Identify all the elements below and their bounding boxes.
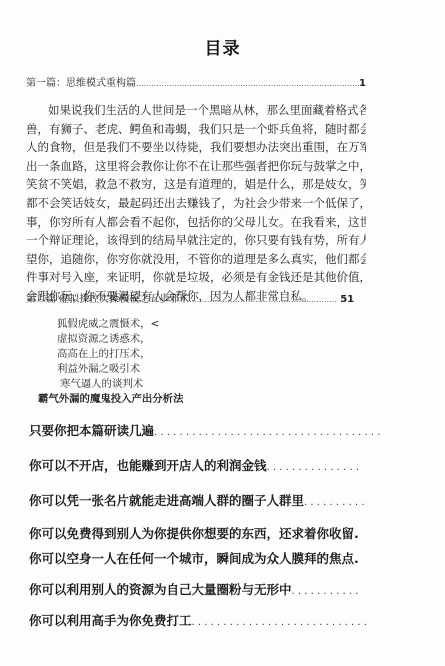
- toc-page-number: 1: [359, 78, 366, 89]
- paragraph-line: 兽，有狮子、老虎、鳄鱼和毒蝎，我们只是一个虾兵鱼将，随时都会成为别: [26, 120, 366, 139]
- toc-entry-label: 第一篇：思维模式重构篇: [26, 74, 136, 89]
- document-page: 目录 第一篇：思维模式重构篇 .........................…: [0, 0, 445, 666]
- benefit-text: 你可以空身一人在任何一个城市，瞬间成为众人膜拜的焦点.: [29, 551, 359, 566]
- subsection-item: 狐假虎威之震慑术，<: [57, 317, 183, 332]
- toc-leader-dots: ........................................…: [189, 295, 337, 304]
- subsection-item: 高高在上的打压术，: [57, 347, 183, 362]
- benefit-text: 你可以不开店，也能赚到开店人的利润金钱: [29, 458, 267, 473]
- paragraph-line: 一个辩证理论，该得到的结局早就注定的，你只要有钱有势，所有人都会仰: [26, 231, 366, 250]
- toc-entry-chapter-1[interactable]: 第一篇：思维模式重构篇 ............................…: [26, 74, 366, 89]
- benefit-text: 你可以利用别人的资源为自己大量圈粉与无形中: [29, 582, 292, 597]
- benefit-text: 你可以凭一张名片就能走进高端人群的圈子人群里: [29, 493, 304, 508]
- benefit-text: 你可以免费得到别人为你提供你想要的东西，还求着你收留.: [29, 526, 359, 541]
- subsection-item: 寒气逼人的谈判术: [57, 377, 183, 392]
- subsection-item: 利益外漏之吸引术: [57, 362, 183, 377]
- leader-dots: ..........: [304, 497, 368, 508]
- subsection-item: 霸气外漏的魔鬼投入产出分析法: [38, 392, 183, 407]
- benefit-line: 你可以不开店，也能赚到开店人的利润金钱...............: [29, 456, 362, 474]
- paragraph-line: 都不会笑话妓女，最起码还出去赚钱了，为社会少带来一个低保了，重要的: [26, 194, 366, 213]
- benefit-line: 只要你把本篇研读几遍..............................…: [29, 421, 384, 439]
- toc-leader-dots: ........................................…: [136, 79, 359, 88]
- leader-dots: ...............: [267, 462, 363, 473]
- benefit-line: 你可以利用别人的资源为自己大量圈粉与无形中...........: [29, 580, 362, 598]
- paragraph-line: 事，你穷所有人都会看不起你，包括你的父母儿女。在我看来，这世界就是: [26, 213, 366, 232]
- benefit-text: 只要你把本篇研读几遍: [29, 423, 154, 438]
- leader-dots: ............................: [192, 617, 371, 628]
- benefit-text: 你可以利用高手为你免费打工: [29, 613, 192, 628]
- benefit-line: 你可以利用高手为你免费打工...........................…: [29, 611, 370, 629]
- benefit-line: 你可以空身一人在任何一个城市，瞬间成为众人膜拜的焦点.: [29, 549, 359, 567]
- leader-dots: ....................................: [154, 427, 384, 438]
- paragraph-line: 件事对号入座，来证明，你就是垃圾，必须是有金钱还是其他价值，别人才: [26, 268, 366, 287]
- paragraph-line: 望你，追随你，你穷你就没用，不管你的道理是多么真实，他们都会给你找: [26, 250, 366, 269]
- intro-paragraph: 如果说我们生活的人世间是一个黑暗从林，那么里面藏着格式各样的野 兽，有狮子、老虎…: [26, 101, 366, 306]
- page-title: 目录: [0, 34, 445, 59]
- paragraph-line: 如果说我们生活的人世间是一个黑暗从林，那么里面藏着格式各样的野: [26, 101, 366, 120]
- chapter-2-subsections: 狐假虎威之震慑术，< 虚拟资源之诱惑术， 高高在上的打压术， 利益外漏之吸引术 …: [57, 317, 183, 407]
- paragraph-line: 笑贫不笑娼，救急不救穷，这是有道理的，娼是什么，那是妓女，笑话穷人: [26, 175, 366, 194]
- subsection-item: 虚拟资源之诱惑术，: [57, 332, 183, 347]
- toc-entry-label: 第二篇 虚拟操控实操模板之五步邪术: [26, 290, 189, 305]
- paragraph-line: 出一条血路，这里将会教你让你不在让那些强者把你玩与鼓掌之中，古人说，: [26, 157, 366, 176]
- paragraph-line: 人的食物，但是我们不要坐以待毙，我们要想办法突出重围，在万军从众杀: [26, 138, 366, 157]
- leader-dots: ...........: [292, 586, 362, 597]
- benefit-line: 你可以凭一张名片就能走进高端人群的圈子人群里..........: [29, 491, 368, 509]
- toc-page-number: 51: [340, 294, 354, 305]
- toc-entry-chapter-2[interactable]: 第二篇 虚拟操控实操模板之五步邪术 ......................…: [26, 290, 354, 305]
- benefit-line: 你可以免费得到别人为你提供你想要的东西，还求着你收留.: [29, 524, 359, 542]
